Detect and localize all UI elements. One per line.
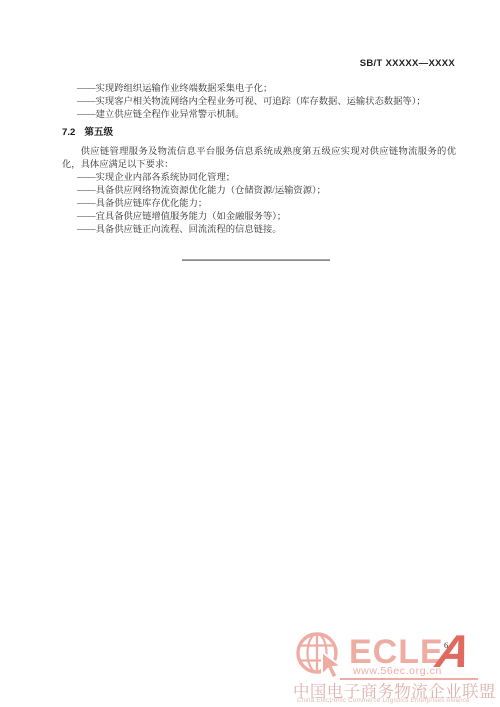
alliance-name-en: China Electronic Commerce Logistics Ente… xyxy=(297,697,470,704)
list-item: ——具备供应网络物流资源优化能力（仓储资源/运输资源）； xyxy=(62,185,456,198)
list-item: ——实现企业内部各系统协同化管理； xyxy=(62,172,456,185)
list-item: ——实现跨组织运输作业终端数据采集电子化； xyxy=(62,83,456,96)
list-item: ——具备供应链正向流程、回流流程的信息链接。 xyxy=(62,224,456,237)
doc-number: SB/T XXXXX—XXXX xyxy=(360,58,455,69)
list-item: ——宜具备供应链增值服务能力（如金融服务等）； xyxy=(62,211,456,224)
list-item: ——建立供应链全程作业异常警示机制。 xyxy=(62,109,456,122)
end-of-text-divider xyxy=(182,259,330,261)
logo-accent-letter: A xyxy=(432,624,475,678)
logo-text: ECLE xyxy=(349,633,444,672)
website-url: www.56ec.org.cn xyxy=(353,665,442,677)
section-item-list: ——实现企业内部各系统协同化管理； ——具备供应网络物流资源优化能力（仓储资源/… xyxy=(62,172,456,237)
section-number: 7.2 xyxy=(62,127,75,138)
document-content: ——实现跨组织运输作业终端数据采集电子化； ——实现客户相关物流网络内全程业务可… xyxy=(62,83,456,237)
alliance-name-cn: 中国电子商务物流企业联盟 xyxy=(293,678,496,702)
section-title: 第五级 xyxy=(84,127,113,138)
section-paragraph: 供应链管理服务及物流信息平台服务信息系统成熟度第五级应实现对供应链物流服务的优化… xyxy=(62,146,456,172)
page-number: 6 xyxy=(444,640,448,650)
document-page: SB/T XXXXX—XXXX ——实现跨组织运输作业终端数据采集电子化； ——… xyxy=(0,0,500,707)
logo-underline xyxy=(340,678,478,680)
list-item: ——实现客户相关物流网络内全程业务可视、可追踪（库存数据、运输状态数据等）； xyxy=(62,96,456,109)
cursor-arrow-icon xyxy=(322,652,342,679)
list-item: ——具备供应链库存优化能力； xyxy=(62,198,456,211)
section-heading: 7.2第五级 xyxy=(62,127,456,140)
globe-cursor-icon xyxy=(295,630,357,682)
